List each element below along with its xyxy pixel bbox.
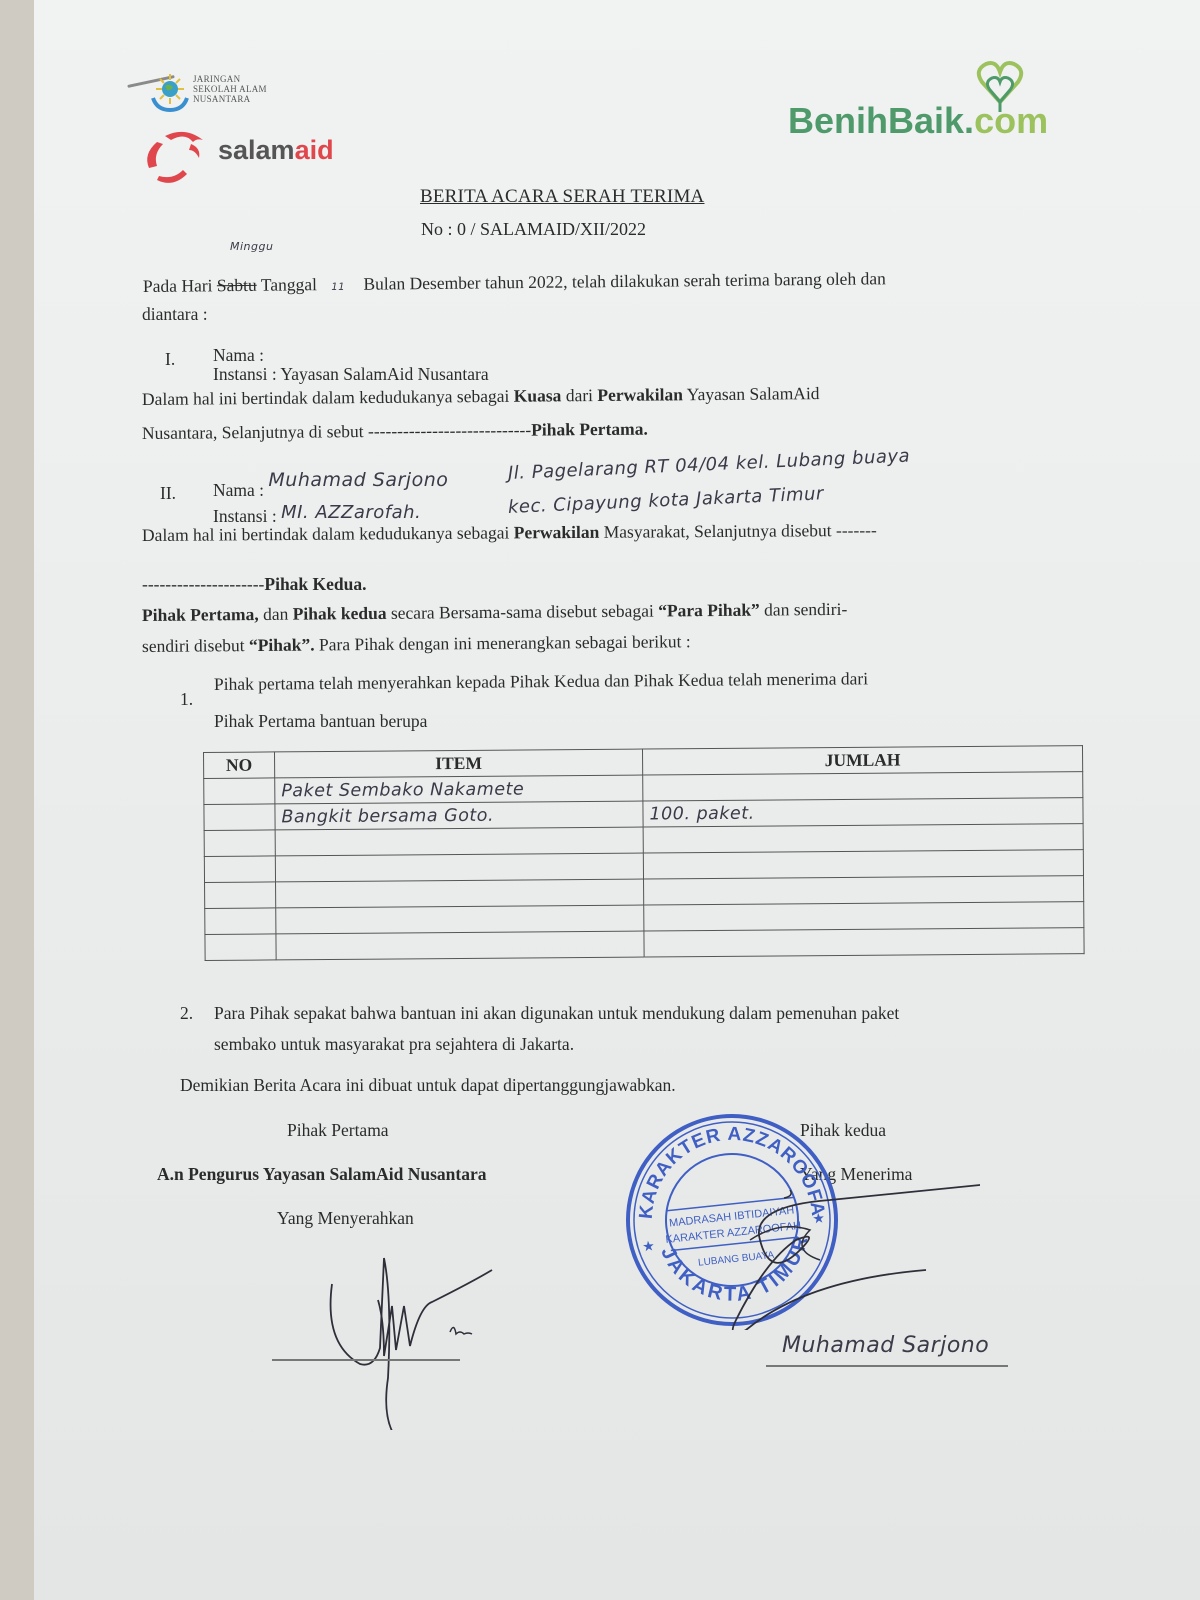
jsan-logo-text: JARINGAN SEKOLAH ALAM NUSANTARA — [193, 74, 267, 104]
party1-numeral: I. — [165, 349, 175, 370]
salamaid-wordmark: salamaid — [218, 135, 334, 166]
salamaid-logo — [143, 128, 209, 191]
first-party-role: Pihak Pertama — [287, 1120, 389, 1141]
cell-jumlah — [644, 928, 1084, 957]
second-party-handwritten-name: Muhamad Sarjono — [782, 1333, 989, 1358]
cell-jumlah — [643, 772, 1083, 801]
cell-item — [276, 905, 644, 934]
cell-no — [205, 882, 276, 909]
cell-no — [204, 830, 275, 857]
cell-item — [275, 827, 643, 856]
party2-nama: Nama : Muhamad Sarjono — [213, 479, 448, 502]
handwritten-date: 11 — [331, 282, 345, 293]
party2-desc-line2: ---------------------Pihak Kedua. — [142, 574, 367, 595]
cell-jumlah: 100. paket. — [643, 798, 1083, 827]
handwritten-instansi: MI. AZZarofah. — [281, 502, 421, 523]
point-2-number: 2. — [180, 1003, 193, 1024]
salamaid-bird-icon — [143, 128, 209, 186]
first-party-label: Yang Menyerahkan — [277, 1208, 414, 1229]
cell-jumlah — [644, 876, 1084, 905]
party1-nama-label: Nama : — [213, 345, 264, 366]
star-icon: ★ — [642, 1239, 656, 1255]
cell-no — [205, 934, 276, 961]
first-party-signature — [320, 1240, 520, 1430]
globe-hands-icon — [150, 72, 190, 114]
cell-no — [205, 908, 276, 935]
party1-desc-line2: Nusantara, Selanjutnya di sebut --------… — [142, 419, 648, 444]
second-party-signature-line — [766, 1365, 1008, 1367]
header-jumlah: JUMLAH — [642, 746, 1082, 775]
handwritten-day: Minggu — [230, 240, 273, 253]
cell-jumlah — [643, 824, 1083, 853]
cell-no — [204, 778, 275, 805]
benihbaik-wordmark: BenihBaik.com — [788, 100, 1048, 142]
party1-instansi: Instansi : Yayasan SalamAid Nusantara — [213, 364, 489, 385]
handwritten-name: Muhamad Sarjono — [268, 469, 448, 491]
document-number: No : 0 / SALAMAID/XII/2022 — [421, 219, 646, 241]
point-2-line1: Para Pihak sepakat bahwa bantuan ini aka… — [214, 1003, 899, 1024]
cell-item — [276, 879, 644, 908]
closing-statement: Demikian Berita Acara ini dibuat untuk d… — [180, 1075, 676, 1096]
cell-item — [276, 931, 644, 960]
header-no: NO — [204, 752, 275, 779]
first-party-signature-line — [272, 1359, 460, 1361]
jsan-logo — [150, 72, 190, 119]
point-1-line2: Pihak Pertama bantuan berupa — [214, 711, 427, 732]
point-1-number: 1. — [180, 689, 193, 710]
cell-no — [204, 804, 275, 831]
cell-jumlah — [644, 902, 1084, 931]
cell-jumlah — [643, 850, 1083, 879]
cell-no — [204, 856, 275, 883]
header-item: ITEM — [275, 749, 643, 778]
first-party-org: A.n Pengurus Yayasan SalamAid Nusantara — [157, 1164, 486, 1185]
intro-line-2: diantara : — [142, 304, 208, 325]
party2-numeral: II. — [160, 483, 176, 504]
cell-item — [275, 853, 643, 882]
document-title: BERITA ACARA SERAH TERIMA — [420, 186, 704, 208]
second-party-signature — [700, 1170, 980, 1330]
cell-item: Paket Sembako Nakamete — [275, 775, 643, 804]
point-2-line2: sembako untuk masyarakat pra sejahtera d… — [214, 1034, 574, 1055]
items-table: NO ITEM JUMLAH Paket Sembako NakameteBan… — [203, 745, 1085, 961]
cell-item: Bangkit bersama Goto. — [275, 801, 643, 830]
